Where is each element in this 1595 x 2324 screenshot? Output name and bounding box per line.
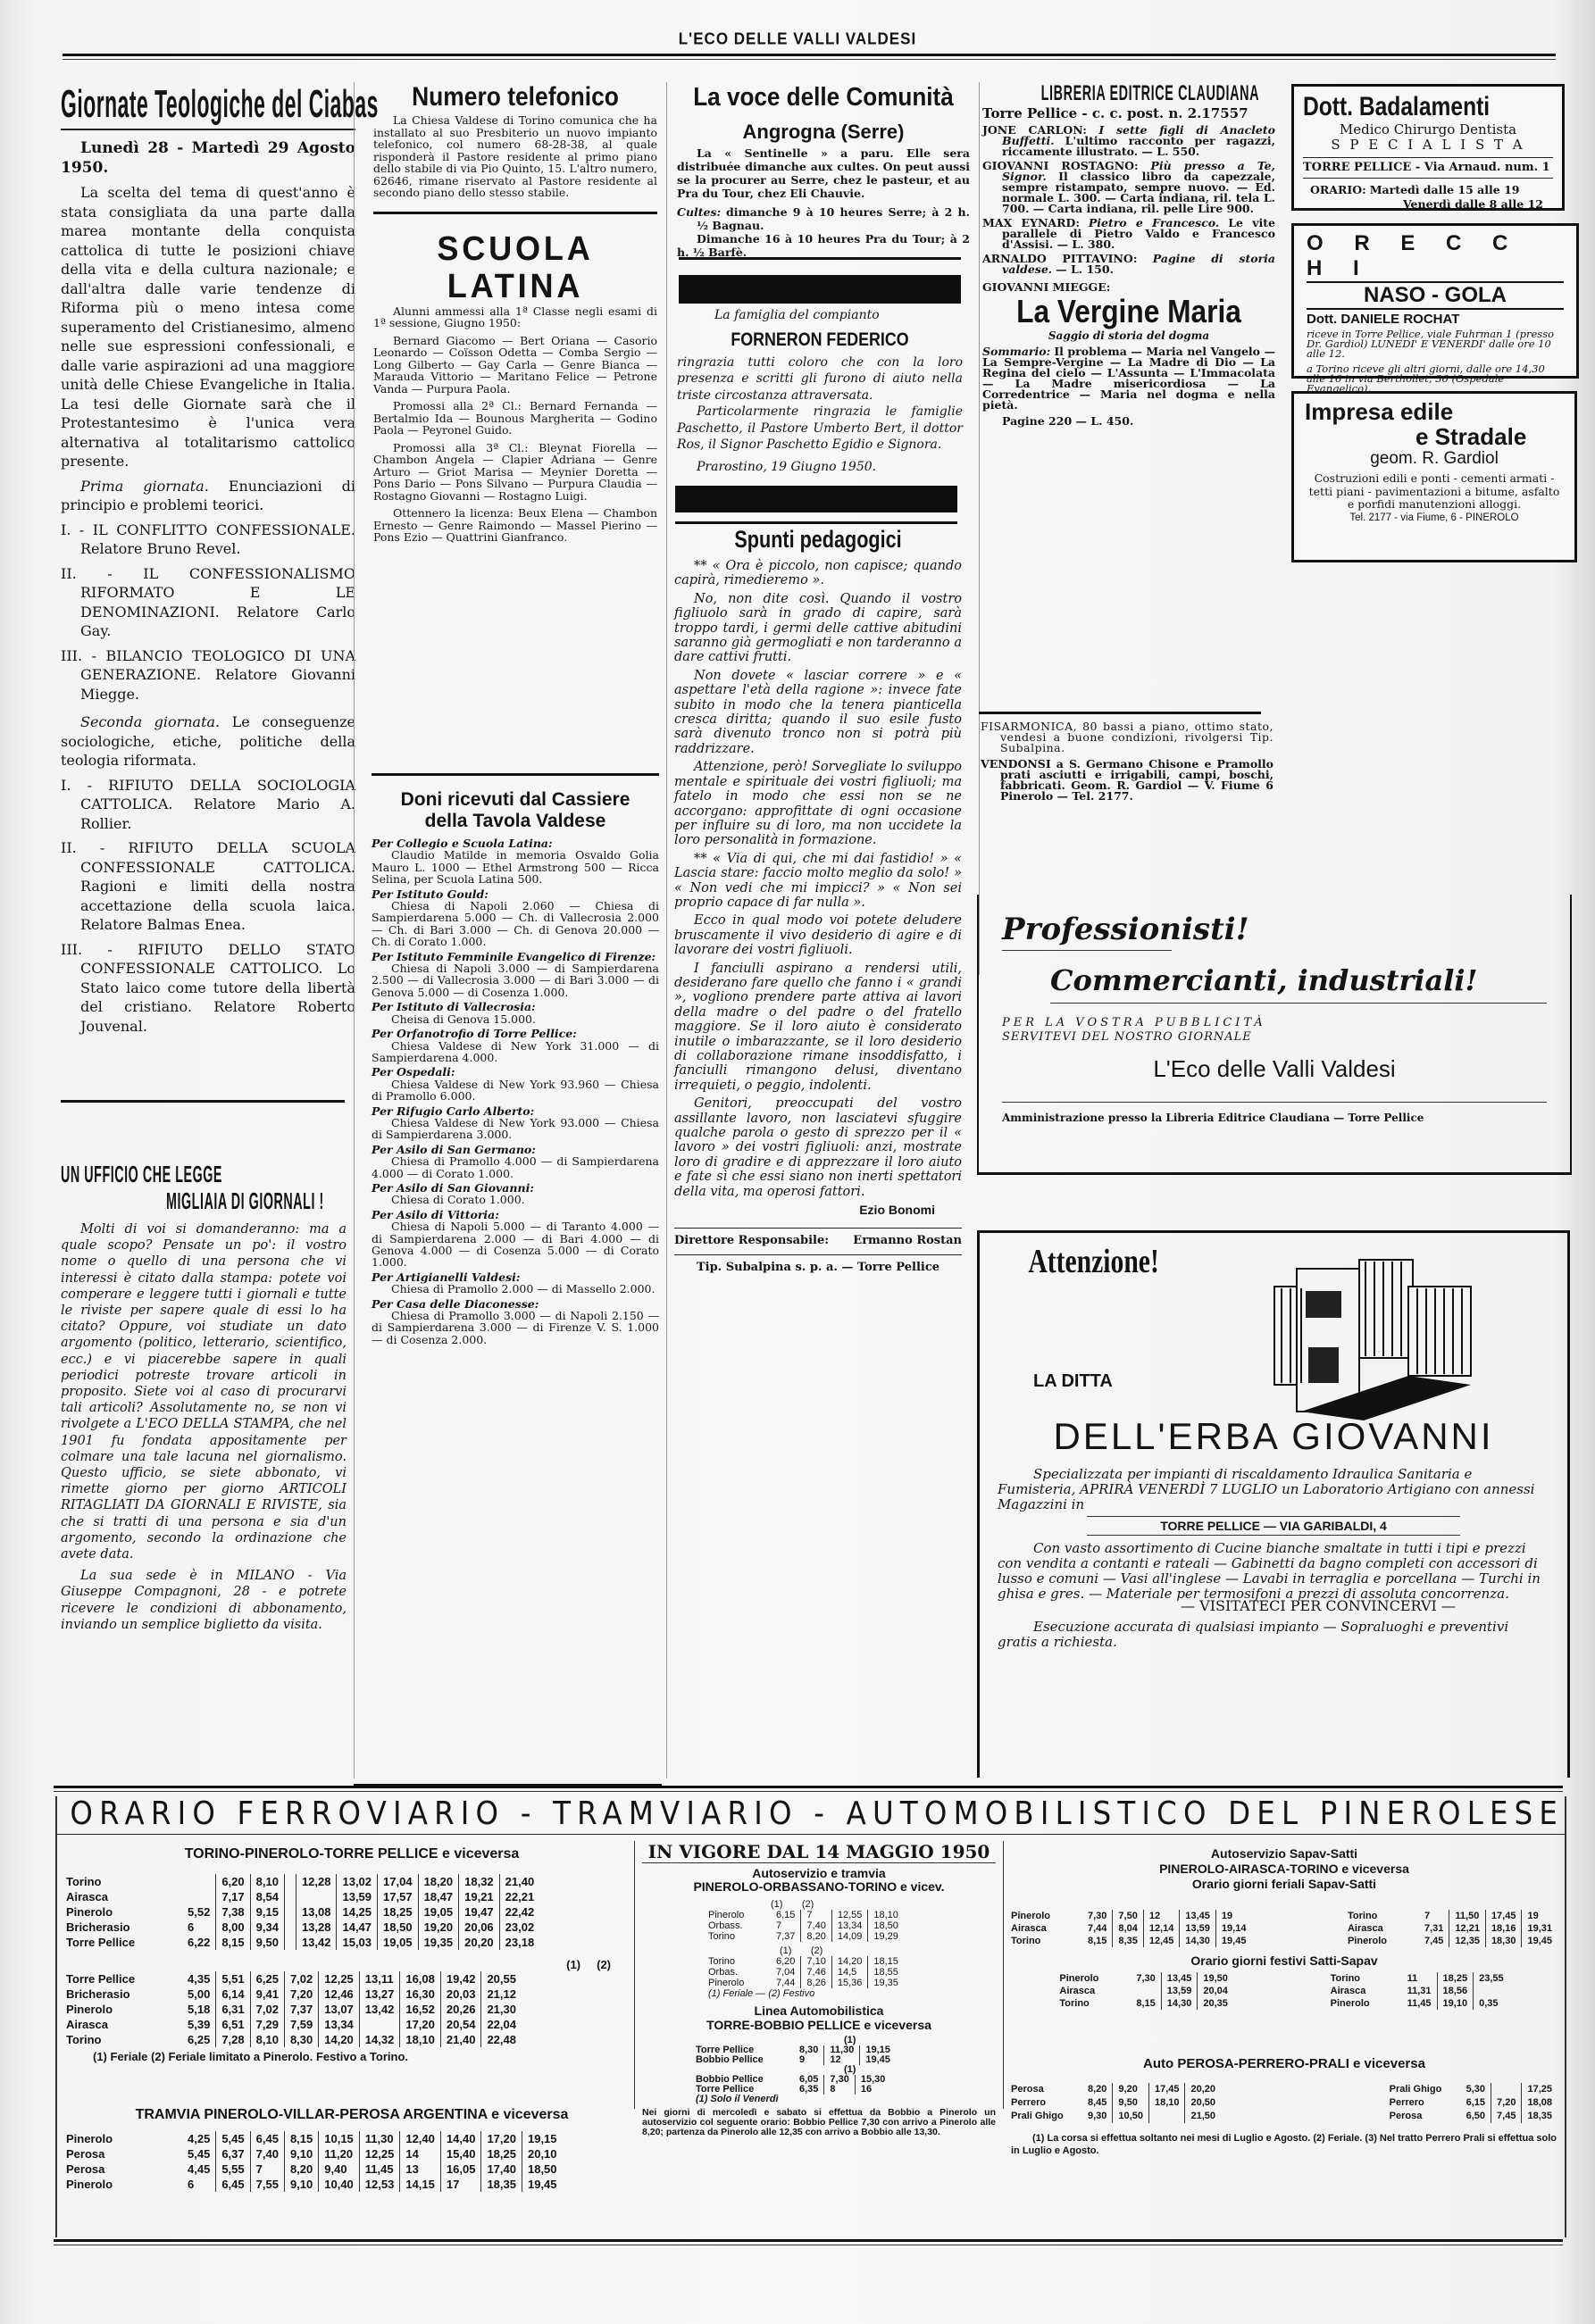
departure-time: 13,59: [1161, 1985, 1198, 1997]
miegge-author: GIOVANNI MIEGGE:: [982, 282, 1275, 293]
bada-name: Dott. Badalamenti: [1303, 92, 1508, 122]
departure-time: 16: [855, 2085, 890, 2095]
masthead: L'ECO DELLE VALLI VALDESI: [0, 29, 1595, 49]
departure-time: 19,14: [1215, 1922, 1251, 1935]
bobbio-title-1: Linea Automobilistica: [642, 2004, 996, 2018]
station-name: Torino: [1059, 1997, 1131, 2010]
sapav-festivi-outbound-table: Pinerolo7,3013,4519,50Airasca13,5920,04T…: [1059, 1972, 1232, 2010]
spunti-paragraph: No, non dite così. Quando il vostro figl…: [674, 592, 962, 665]
departure-time: 19,21: [459, 1889, 500, 1904]
departure-time: 9: [794, 2055, 824, 2065]
departure-time: 6,35: [794, 2085, 824, 2095]
scuola-list: Bernard Giacomo — Bert Oriana — Casorio …: [373, 335, 657, 396]
departure-time: 17: [440, 2177, 481, 2192]
departure-time: 17,20: [400, 2017, 441, 2032]
impresa-2: e Stradale: [1305, 424, 1564, 449]
impresa-ad: Impresa edile e Stradale geom. R. Gardio…: [1291, 391, 1577, 562]
departure-time: 15,03: [337, 1935, 378, 1950]
departure-time: [1474, 1985, 1509, 1997]
departure-time: 18,50: [522, 2162, 562, 2177]
station-name: Bobbio Pellice: [696, 2055, 794, 2065]
departure-time: 6,25: [250, 1971, 284, 1987]
spunti-article: Spunti pedagogici ** « Ora è piccolo, no…: [674, 525, 962, 1275]
books-list: JONE CARLON: I sette figli di Anacleto B…: [982, 125, 1275, 275]
departure-time: 6,15: [771, 1910, 801, 1920]
timetable-row: Pinerolo4,255,456,458,1510,1511,3012,401…: [66, 2131, 563, 2146]
departure-time: 22,42: [499, 1904, 539, 1920]
day2-item: III. - RIFIUTO DELLO STATO CONFESSIONALE…: [61, 940, 355, 1037]
departure-time: 20,55: [481, 1971, 522, 1987]
departure-time: 21,12: [481, 1987, 522, 2002]
station-name: Pinerolo: [1348, 1935, 1419, 1947]
departure-time: 5,00: [182, 1987, 216, 2002]
timetable-row: Prali Ghigo9,3010,5021,50: [1011, 2110, 1221, 2123]
doni-heading: Per Istituto Gould:: [372, 888, 659, 900]
timetable-bottom-rule: [54, 2239, 1563, 2245]
departure-time: 13,28: [296, 1920, 337, 1935]
doni-article: Doni ricevuti dal Cassiere della Tavola …: [372, 789, 659, 1347]
departure-time: 11,20: [319, 2146, 360, 2162]
departure-time: 21,30: [481, 2002, 522, 2017]
departure-time: 23,55: [1474, 1972, 1509, 1985]
sapav-title-3: Orario giorni feriali Sapav-Satti: [1011, 1877, 1557, 1892]
departure-time: 14: [400, 2146, 441, 2162]
departure-time: 19,15: [522, 2131, 562, 2146]
doni-heading: Per Ospedali:: [372, 1066, 659, 1078]
ciabas-title: Giornate Teologiche del Ciabas: [61, 82, 214, 127]
departure-time: 11,45: [359, 2162, 400, 2177]
station-name: Pinerolo: [66, 1904, 182, 1920]
departure-time: 14,15: [400, 2177, 441, 2192]
departure-time: 4,25: [182, 2131, 216, 2146]
vigore-block: IN VIGORE DAL 14 MAGGIO 1950 Autoservizi…: [634, 1841, 1004, 2109]
timetable-row: Bricherasio5,006,149,417,2012,4613,2716,…: [66, 1987, 522, 2002]
timetable-row: Airasca7,448,0412,1413,5919,14: [1011, 1922, 1251, 1935]
departure-time: 19: [1522, 1910, 1557, 1922]
book-entry: ARNALDO PITTAVINO: Pagine di storia vald…: [982, 254, 1275, 275]
departure-time: 6,20: [771, 1956, 801, 1967]
departure-time: 7,46: [801, 1967, 831, 1978]
day1-label: Prima giornata.: [80, 478, 209, 495]
departure-time: 18,50: [868, 1920, 904, 1931]
departure-time: 18,10: [400, 2032, 441, 2047]
note-marker: (1): [780, 1945, 791, 1956]
cultes-label: Cultes:: [677, 205, 721, 219]
timetable-title: ORARIO FERROVIARIO - TRAMVIARIO - AUTOMO…: [57, 1796, 1414, 1832]
departure-time: 7: [1419, 1910, 1449, 1922]
timetable-row: Perrero6,157,2018,08: [1390, 2096, 1557, 2110]
departure-time: 17,57: [378, 1889, 419, 1904]
sapav-title-2: PINEROLO-AIRASCA-TORINO e viceversa: [1011, 1862, 1557, 1877]
day1-item: II. - IL CONFESSIONALISMO RIFORMATO E LE…: [61, 564, 355, 641]
torino-outbound-table: Torino6,208,1012,2813,0217,0418,2018,322…: [66, 1874, 539, 1950]
departure-time: 7,30: [1082, 1910, 1113, 1922]
book-entry: MAX EYNARD: Pietro e Francesco. Le vite …: [982, 218, 1275, 250]
classifieds: FISARMONICA, 80 bassi a piano, ottimo st…: [981, 721, 1273, 807]
timetable-row: Pinerolo11,4519,100,35: [1331, 1997, 1509, 2010]
station-name: Pinerolo: [66, 2131, 182, 2146]
departure-time: 7: [250, 2162, 284, 2177]
departure-time: 11,30: [359, 2131, 400, 2146]
mourning-bar-top: [679, 275, 961, 304]
departure-time: 8,20: [1082, 2083, 1113, 2096]
famiglia-p1: ringrazia tutti coloro che con la loro p…: [677, 354, 963, 404]
vigore-heading: IN VIGORE DAL 14 MAGGIO 1950: [642, 1841, 996, 1863]
departure-time: 19,42: [440, 1971, 481, 1987]
voce-title: La voce delle Comunità: [691, 82, 955, 112]
departure-time: 17,25: [1522, 2083, 1557, 2096]
orbassano-title-2: PINEROLO-ORBASSANO-TORINO e vicev.: [642, 1880, 996, 1894]
bobbio-title-2: TORRE-BOBBIO PELLICE e viceversa: [642, 2018, 996, 2032]
spunti-paragraph: Non dovete « lasciar correre » e « aspet…: [674, 669, 962, 756]
departure-time: 7: [771, 1920, 801, 1931]
departure-time: 7,17: [216, 1889, 250, 1904]
note-marker: (2): [811, 1945, 823, 1956]
timetable-row: Bobbio Pellice91219,45: [696, 2055, 896, 2065]
station-name: Airasca: [1059, 1985, 1131, 1997]
departure-time: 18,10: [1148, 2096, 1185, 2110]
spunti-paragraph: Attenzione, però! Sorvegliate lo svilupp…: [674, 760, 962, 847]
timetable-row: Pinerolo5,186,317,027,3713,0713,4216,522…: [66, 2002, 522, 2017]
station-name: Pinerolo: [66, 2002, 182, 2017]
departure-time: 19,10: [1437, 1997, 1474, 2010]
departure-time: 18,35: [1522, 2110, 1557, 2123]
departure-time: 13,08: [296, 1904, 337, 1920]
pagine: Pagine 220 — L. 450.: [982, 416, 1275, 427]
departure-time: 6,50: [1461, 2110, 1491, 2123]
orbassano-title-1: Autoservizio e tramvia: [642, 1867, 996, 1880]
departure-time: 6,37: [216, 2146, 250, 2162]
vendonsi-ad: VENDONSI a S. Germano Chisone e Pramollo…: [981, 759, 1273, 802]
timetable-row: Pinerolo7,4512,3518,3019,45: [1348, 1935, 1557, 1947]
departure-time: 18,47: [418, 1889, 459, 1904]
ufficio-p2: La sua sede è in MILANO - Via Giuseppe C…: [61, 1568, 347, 1633]
departure-time: 7,38: [216, 1904, 250, 1920]
departure-time: 11,31: [1402, 1985, 1437, 1997]
departure-time: 7,50: [1113, 1910, 1143, 1922]
departure-time: 20,26: [440, 2002, 481, 2017]
departure-time: 23,18: [499, 1935, 539, 1950]
orbassano-return-table: Torino6,207,1014,2018,15Orbas.7,047,4614…: [708, 1956, 904, 1988]
departure-time: [284, 1935, 296, 1950]
departure-time: 16,08: [400, 1971, 441, 1987]
famiglia-intro: La famiglia del compianto: [677, 307, 963, 324]
bada-orario-1: Martedì dalle 15 alle 19: [1370, 183, 1520, 196]
departure-time: 17,04: [378, 1874, 419, 1889]
departure-time: 14,20: [831, 1956, 868, 1967]
timetable-row: Torino711,5017,4519: [1348, 1910, 1557, 1922]
station-name: Bricherasio: [66, 1920, 182, 1935]
departure-time: [1148, 2110, 1185, 2123]
departure-time: 9,10: [284, 2146, 318, 2162]
departure-time: 18,50: [378, 1920, 419, 1935]
departure-time: 12,55: [831, 1910, 868, 1920]
timetable-row: Pinerolo5,527,389,1513,0814,2518,2519,05…: [66, 1904, 539, 1920]
departure-time: [1131, 1985, 1161, 1997]
departure-time: 6,14: [216, 1987, 250, 2002]
departure-time: 16,30: [400, 1987, 441, 2002]
orbassano-outbound-table: Pinerolo6,15712,5518,10Orbass.77,4013,34…: [708, 1910, 904, 1942]
departure-time: 17,45: [1148, 2083, 1185, 2096]
pub-line-2: Commercianti, industriali!: [1002, 963, 1547, 997]
departure-time: 8,35: [1113, 1935, 1143, 1947]
departure-time: 9,15: [250, 1904, 284, 1920]
claudiana-sub: Torre Pellice - c. c. post. n. 2.17557: [982, 105, 1275, 121]
departure-time: 7,10: [801, 1956, 831, 1967]
doni-heading: Per Asilo di San Giovanni:: [372, 1182, 659, 1194]
miegge-title: La Vergine Maria: [1000, 293, 1258, 330]
departure-time: 7,30: [824, 2075, 855, 2085]
doni-entry: Chiesa di Napoli 2.060 — Chiesa di Sampi…: [372, 900, 659, 948]
station-name: Torre Pellice: [66, 1971, 182, 1987]
departure-time: 20,03: [440, 1987, 481, 2002]
departure-time: 13,11: [359, 1971, 400, 1987]
spunti-paragraph: I fanciulli aspirano a rendersi utili, d…: [674, 962, 962, 1094]
sapav-feriali-return-table: Torino711,5017,4519Airasca7,3112,2118,16…: [1348, 1910, 1557, 1947]
day1-item: III. - BILANCIO TEOLOGICO DI UNA GENERAZ…: [61, 646, 355, 704]
spunti-paragraph: ** « Ora è piccolo, non capisce; quando …: [674, 559, 962, 588]
departure-time: 13,59: [1180, 1922, 1216, 1935]
note-marker: (1): [566, 1958, 580, 1971]
departure-time: 13,02: [337, 1874, 378, 1889]
departure-time: 7,29: [250, 2017, 284, 2032]
column-rule: [354, 82, 355, 1778]
departure-time: 9,34: [250, 1920, 284, 1935]
badalamenti-ad: Dott. Badalamenti Medico Chirurgo Dentis…: [1291, 84, 1565, 211]
timetable-row: Torre Pellice6,228,159,5013,4215,0319,05…: [66, 1935, 539, 1950]
departure-time: 8,15: [216, 1935, 250, 1950]
timetable-row: Torino7,378,2014,0919,29: [708, 1931, 904, 1942]
station-name: Perosa: [66, 2162, 182, 2177]
divider: [675, 521, 957, 524]
doni-entry: Chiesa di Napoli 5.000 — di Taranto 4.00…: [372, 1220, 659, 1269]
departure-time: 10,15: [319, 2131, 360, 2146]
timetable-row: Airasca13,5920,04: [1059, 1985, 1232, 1997]
bada-spec: S P E C I A L I S T A: [1303, 137, 1553, 153]
spunti-title: Spunti pedagogici: [703, 525, 933, 554]
pub-line-4: SERVITEVI DEL NOSTRO GIORNALE: [1002, 1030, 1547, 1045]
station-name: Airasca: [1348, 1922, 1419, 1935]
departure-time: 14,40: [440, 2131, 481, 2146]
departure-time: 16,05: [440, 2162, 481, 2177]
departure-time: 5,45: [216, 2131, 250, 2146]
departure-time: 22,48: [481, 2032, 522, 2047]
departure-time: 19,20: [418, 1920, 459, 1935]
departure-time: 12,25: [359, 2146, 400, 2162]
departure-time: 12,45: [1143, 1935, 1180, 1947]
station-name: Prali Ghigo: [1390, 2083, 1461, 2096]
departure-time: 14,47: [337, 1920, 378, 1935]
divider: [372, 773, 659, 776]
station-name: Perosa: [66, 2146, 182, 2162]
departure-time: 19,29: [868, 1931, 904, 1942]
column-1: Giornate Teologiche del Ciabas Lunedì 28…: [61, 82, 355, 1041]
dellerba-p1: Specializzata per impianti di riscaldame…: [998, 1467, 1549, 1512]
scuola-list: Promossi alla 2ª Cl.: Bernard Fernanda —…: [373, 400, 657, 437]
departure-time: 6,20: [216, 1874, 250, 1889]
departure-time: 6,45: [250, 2131, 284, 2146]
claudiana-title: LIBRERIA EDITRICE CLAUDIANA: [1041, 82, 1217, 105]
divider: [979, 712, 1261, 714]
famiglia-place: Prarostino, 19 Giugno 1950.: [677, 459, 963, 476]
departure-time: 20,04: [1198, 1985, 1233, 1997]
famiglia-name: FORNERON FEDERICO: [698, 329, 941, 351]
book-desc: — L. 150.: [1056, 262, 1114, 276]
column-rule: [666, 82, 667, 1778]
timetable-row: Torino6,208,1012,2813,0217,0418,2018,322…: [66, 1874, 539, 1889]
station-name: Torino: [1331, 1972, 1402, 1985]
departure-time: 9,50: [1113, 2096, 1149, 2110]
departure-time: 13,45: [1180, 1910, 1216, 1922]
station-name: Torino: [66, 2032, 182, 2047]
departure-time: 7,45: [1491, 2110, 1522, 2123]
departure-time: 7,02: [250, 2002, 284, 2017]
departure-time: 20,54: [440, 2017, 481, 2032]
note-marker: (2): [597, 1958, 611, 1971]
timetable-row: Pinerolo7,307,501213,4519: [1011, 1910, 1251, 1922]
station-name: Torino: [708, 1956, 771, 1967]
doni-entry: Chiesa Valdese di New York 93.000 — Chie…: [372, 1117, 659, 1141]
doni-heading: Per Orfanotrofio di Torre Pellice:: [372, 1028, 659, 1039]
departure-time: 8,45: [1082, 2096, 1113, 2110]
torino-pinerolo-block: TORINO-PINEROLO-TORRE PELLICE e vicevers…: [66, 1846, 638, 2192]
departure-time: 10,50: [1113, 2110, 1149, 2123]
station-name: Airasca: [1331, 1985, 1402, 1997]
departure-time: 14,30: [1161, 1997, 1198, 2010]
departure-time: 7,02: [284, 1971, 318, 1987]
departure-time: 8,30: [284, 2032, 318, 2047]
forneron-notice: La famiglia del compianto FORNERON FEDER…: [677, 307, 963, 480]
prali-note: (1) La corsa si effettua soltanto nei me…: [1011, 2132, 1557, 2157]
orl-doctor: Dott. DANIELE ROCHAT: [1307, 312, 1564, 328]
station-name: Pinerolo: [1011, 1910, 1082, 1922]
timetable-row: Torino6,207,1014,2018,15: [708, 1956, 904, 1967]
doni-entry: Chiesa Valdese di New York 93.960 — Chie…: [372, 1079, 659, 1103]
doni-heading: Per Rifugio Carlo Alberto:: [372, 1105, 659, 1117]
departure-time: 7,20: [1491, 2096, 1522, 2110]
departure-time: 9,50: [250, 1935, 284, 1950]
departure-time: 6,31: [216, 2002, 250, 2017]
departure-time: 14,30: [1180, 1935, 1216, 1947]
departure-time: 17,40: [481, 2162, 522, 2177]
doni-entry: Cheisa di Genova 15.000.: [372, 1013, 659, 1025]
departure-time: 5,51: [216, 1971, 250, 1987]
departure-time: 20,20: [459, 1935, 500, 1950]
tel-title: Numero telefonico: [390, 82, 640, 112]
bada-orario-label: ORARIO:: [1310, 183, 1366, 196]
impresa-contact: Tel. 2177 - via Fiume, 6 - PINEROLO: [1305, 512, 1564, 524]
station-name: Torino: [708, 1931, 771, 1942]
departure-time: 19,45: [1522, 1935, 1557, 1947]
direttore-label: Direttore Responsabile:: [674, 1234, 829, 1248]
departure-time: 18,20: [418, 1874, 459, 1889]
departure-time: 18,25: [481, 2146, 522, 2162]
doni-heading: Per Casa delle Diaconesse:: [372, 1298, 659, 1310]
timetable-row: Perosa8,209,2017,4520,20: [1011, 2083, 1221, 2096]
timetable-row: Pinerolo7,448,2615,3619,35: [708, 1978, 904, 1988]
cultes-1: dimanche 9 à 10 heures Serre; à 2 h. ½ B…: [697, 205, 970, 232]
station-name: Torino: [1348, 1910, 1419, 1922]
day2-label: Seconda giornata.: [80, 713, 220, 730]
dellerba-ad: Attenzione! LA DITTA DELL'ERBA GIOVANNI …: [977, 1230, 1570, 1778]
timetable-row: Pinerolo66,457,559,1010,4012,5314,151718…: [66, 2177, 563, 2192]
station-name: Orbas.: [708, 1967, 771, 1978]
scuola-title: SCUOLA LATINA: [380, 230, 650, 305]
departure-time: 9,40: [319, 2162, 360, 2177]
departure-time: 13,34: [319, 2017, 360, 2032]
departure-time: 7,45: [1419, 1935, 1449, 1947]
departure-time: 5,39: [182, 2017, 216, 2032]
station-name: Orbass.: [708, 1920, 771, 1931]
timetable-row: Bricherasio68,009,3413,2814,4718,5019,20…: [66, 1920, 539, 1935]
masthead-rule: [63, 54, 1556, 60]
divider: [679, 257, 961, 260]
departure-time: 8,15: [284, 2131, 318, 2146]
departure-time: 12: [1143, 1910, 1180, 1922]
departure-time: 18,32: [459, 1874, 500, 1889]
timetable-row: Torino6,257,288,108,3014,2014,3218,1021,…: [66, 2032, 522, 2047]
station-name: Pinerolo: [66, 2177, 182, 2192]
station-name: Perosa: [1011, 2083, 1082, 2096]
angrogna-title: Angrogna (Serre): [677, 120, 970, 145]
doni-heading: Per Artigianelli Valdesi:: [372, 1271, 659, 1283]
orbassano-note: (1) Feriale — (2) Festivo: [708, 1988, 996, 1999]
ciabas-intro: La scelta del tema di quest'anno è stata…: [61, 183, 355, 471]
departure-time: 13,07: [319, 2002, 360, 2017]
note-marker: (2): [802, 1899, 814, 1910]
departure-time: 17,45: [1485, 1910, 1522, 1922]
bada-title: Medico Chirurgo Dentista: [1303, 122, 1553, 137]
departure-time: 8,10: [250, 1874, 284, 1889]
sommario-text: Il problema — Maria nel Vangelo — La Sem…: [982, 345, 1275, 412]
departure-time: 11,50: [1449, 1910, 1486, 1922]
station-name: Pinerolo: [1059, 1972, 1131, 1985]
orl-title-2: NASO - GOLA: [1307, 283, 1564, 310]
ufficio-title-1: UN UFFICIO CHE LEGGE: [61, 1161, 218, 1187]
departure-time: 20,20: [1185, 2083, 1221, 2096]
departure-time: 6: [182, 2177, 216, 2192]
departure-time: 7,44: [771, 1978, 801, 1988]
departure-time: 18,56: [1437, 1985, 1474, 1997]
departure-time: 14,5: [831, 1967, 868, 1978]
departure-time: [182, 1889, 216, 1904]
departure-time: 18,30: [1485, 1935, 1522, 1947]
departure-time: 14,25: [337, 1904, 378, 1920]
pub-paper-name: L'Eco delle Valli Valdesi: [1002, 1054, 1547, 1084]
timetable-row: Airasca5,396,517,297,5913,3417,2020,5422…: [66, 2017, 522, 2032]
spunti-author: Ezio Bonomi: [674, 1203, 962, 1217]
timetable-row: Torre Pellice4,355,516,257,0212,2513,111…: [66, 1971, 522, 1987]
departure-time: 8,04: [1113, 1922, 1143, 1935]
doni-heading: Per Collegio e Scuola Latina:: [372, 837, 659, 849]
day2-item: I. - RIFIUTO DELLA SOCIOLOGIA CATTOLICA.…: [61, 776, 355, 834]
dellerba-address: TORRE PELLICE — VIA GARIBALDI, 4: [1087, 1516, 1460, 1536]
departure-time: 6,45: [216, 2177, 250, 2192]
prali-return-table: Prali Ghigo5,3017,25Perrero6,157,2018,08…: [1390, 2083, 1557, 2123]
bobbio-note: (1) Solo il Venerdì: [696, 2095, 996, 2104]
famiglia-p2: Particolarmente ringrazia le famiglie Pa…: [677, 404, 963, 454]
departure-time: 9,20: [1113, 2083, 1149, 2096]
direttore-name: Ermanno Rostan: [853, 1234, 962, 1248]
timetable-row: Orbas.7,047,4614,518,55: [708, 1967, 904, 1978]
departure-time: 5,55: [216, 2162, 250, 2177]
departure-time: 7,59: [284, 2017, 318, 2032]
departure-time: 21,40: [440, 2032, 481, 2047]
pub-admin: Amministrazione presso la Libreria Editr…: [1002, 1112, 1547, 1124]
day2-item: II. - RIFIUTO DELLA SCUOLA CONFESSIONALE…: [61, 838, 355, 935]
departure-time: 22,04: [481, 2017, 522, 2032]
timetable: ORARIO FERROVIARIO - TRAMVIARIO - AUTOMO…: [55, 1796, 1566, 2237]
